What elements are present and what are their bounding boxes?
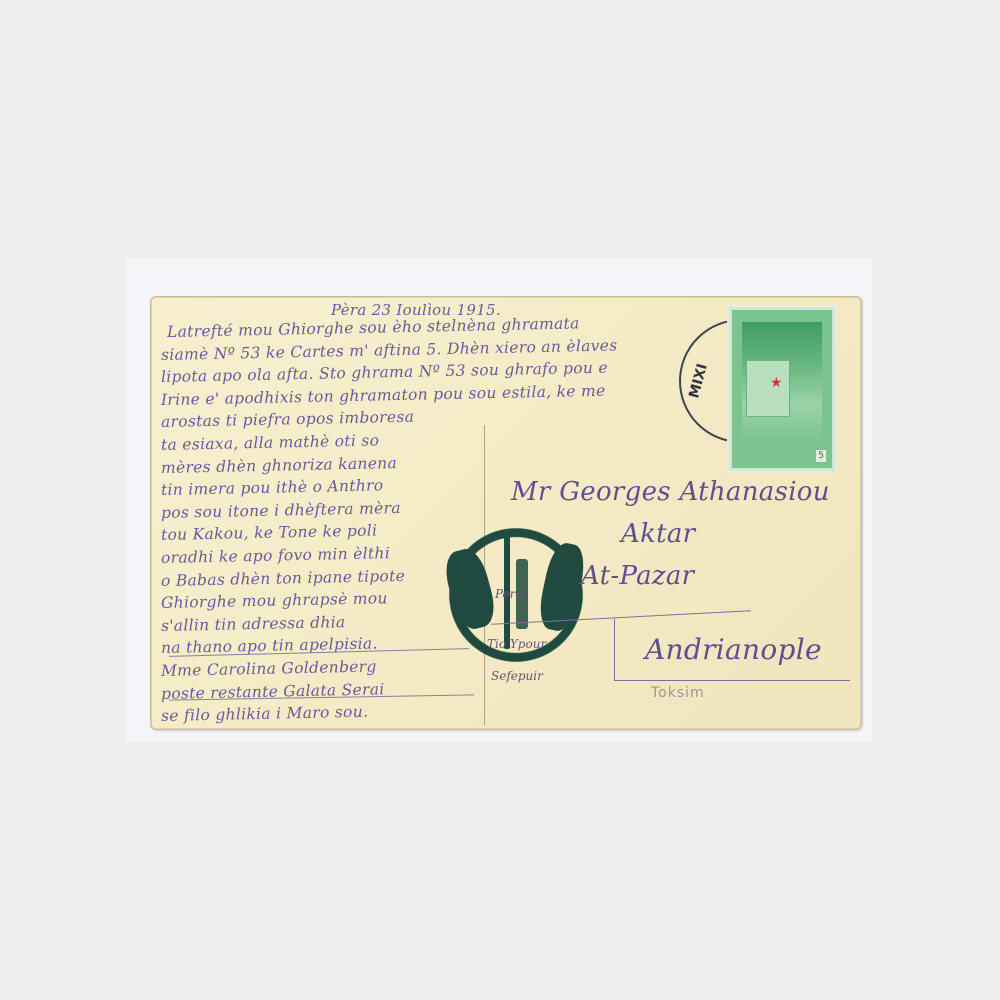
message-line: mères dhèn ghnoriza kanena (161, 454, 397, 477)
address-city: Andrianople (645, 633, 822, 666)
message-line: tou Kakou, ke Tone ke poli (161, 522, 378, 545)
message-line: arostas ti piefra opos imboresa (161, 408, 415, 431)
message-line: Ghiorghe mou ghrapsè mou (161, 589, 388, 612)
address-line-2: Aktar (621, 519, 695, 549)
postmark-text-left: MIXI (686, 362, 711, 400)
address-recipient: Mr Georges Athanasiou (511, 477, 830, 507)
message-line: Irine e' apodhixis ton ghramaton pou sou… (161, 381, 606, 408)
seal-glyph-left (440, 545, 499, 633)
stamp-panel (746, 360, 790, 417)
message-line: Mme Carolina Goldenberg (161, 657, 377, 680)
message-line: ta esiaxa, alla mathè oti so (161, 431, 380, 454)
postcard: Pèra 23 Ioulìou 1915. Latrefté mou Ghior… (150, 296, 862, 730)
message-line: Latrefté mou Ghiorghe sou èho stelnèna g… (167, 314, 580, 341)
seal-label-3: Sefepuir (491, 669, 543, 683)
address-box-left (614, 619, 615, 681)
postage-stamp: ★ 5 (729, 307, 835, 471)
stamp-value: 5 (816, 450, 826, 462)
message-line: tin imera pou ithè o Anthro (161, 477, 384, 500)
message-line: pos sou itone i dhèftera mèra (161, 499, 401, 522)
message-line: se filo ghlikia i Maro sou. (161, 703, 369, 725)
pencil-note: Toksim (651, 685, 705, 701)
address-line-3: At-Pazar (581, 561, 694, 591)
message-line: o Babas dhèn ton ipane tipote (161, 566, 405, 589)
seal-label-2: Tio Ypour (487, 637, 546, 651)
star-overprint-icon: ★ (770, 376, 783, 390)
message-line: oradhi ke apo fovo min èlthi (161, 544, 390, 567)
address-box-bottom (614, 680, 850, 681)
seal-label-1: Pera (495, 587, 523, 601)
message-line: s'allin tin adressa dhia (161, 613, 346, 635)
